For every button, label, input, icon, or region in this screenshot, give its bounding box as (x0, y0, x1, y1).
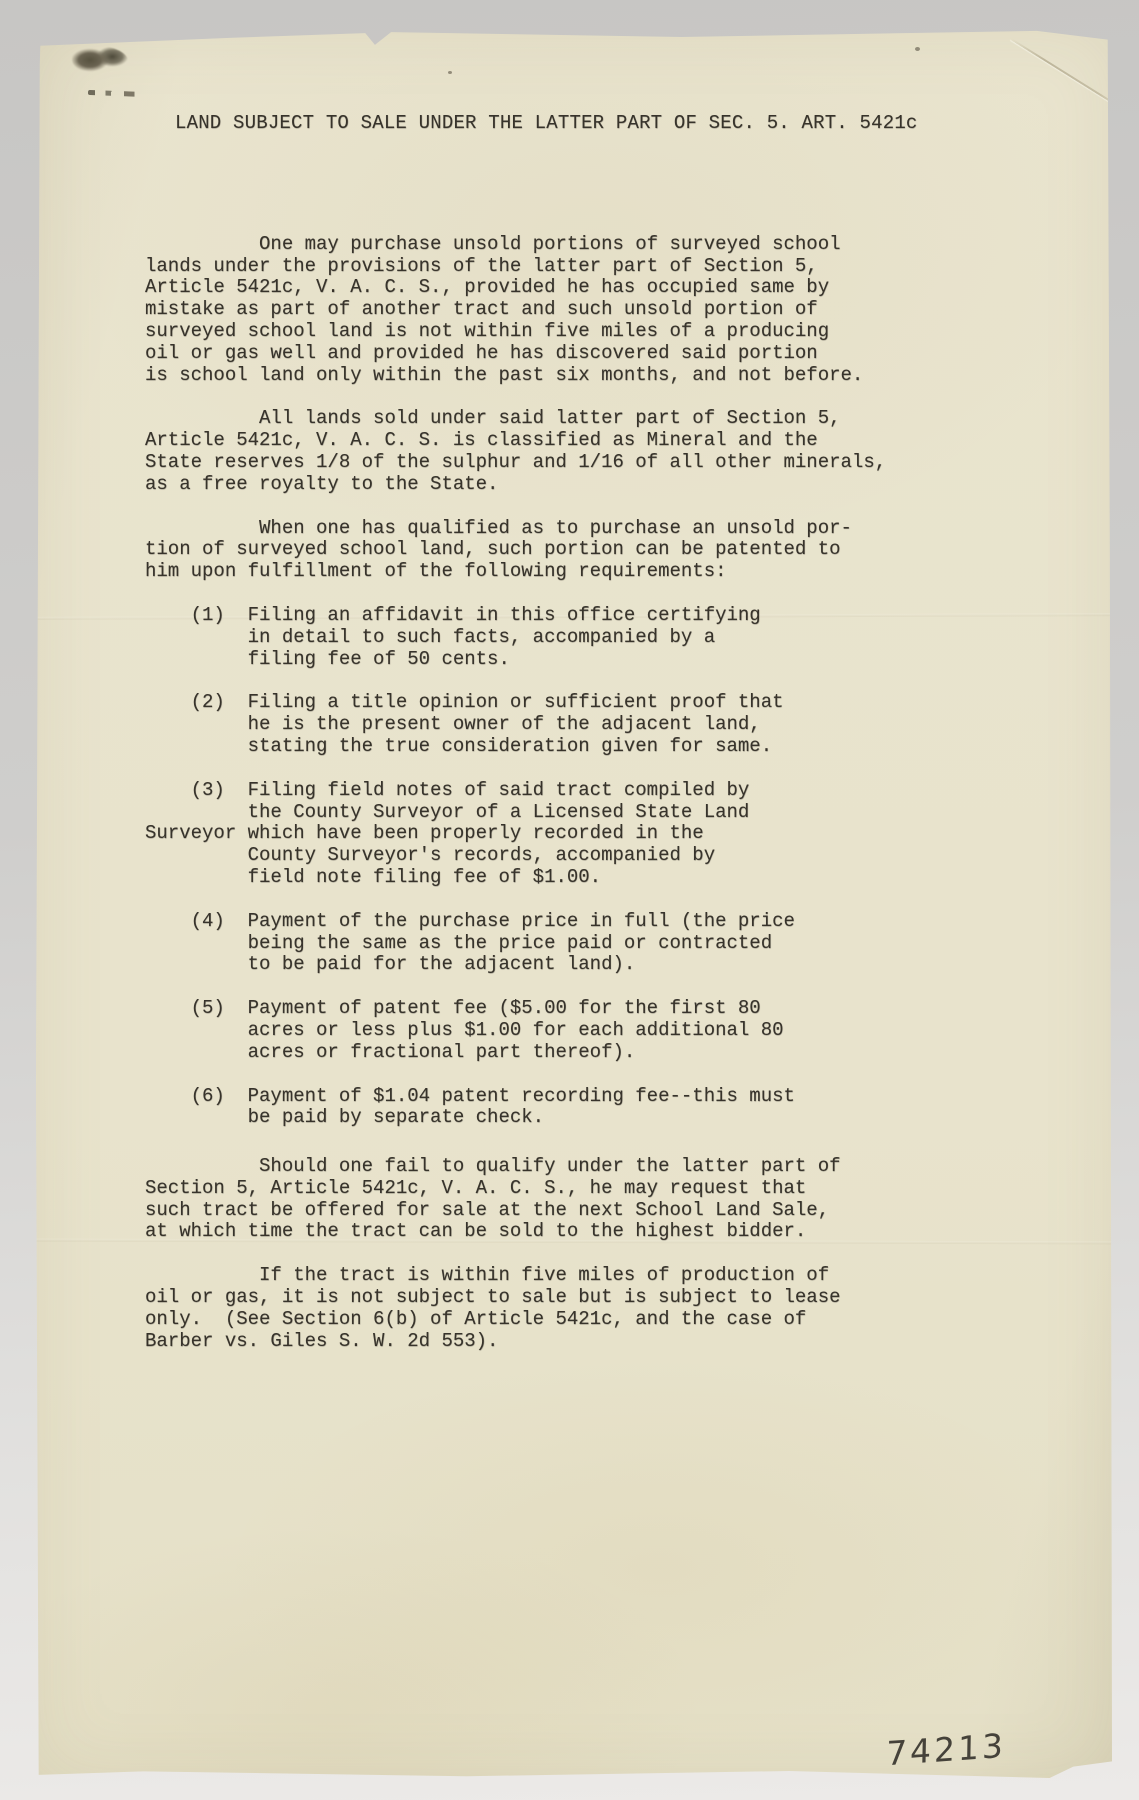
handwritten-number: 74213 (886, 1726, 1006, 1774)
paragraph-mineral-classification: All lands sold under said latter part of… (145, 408, 1025, 495)
typewritten-text: LAND SUBJECT TO SALE UNDER THE LATTER PA… (145, 113, 1025, 1374)
requirement-item-3: (3) Filing field notes of said tract com… (145, 780, 1025, 889)
requirement-item-5: (5) Payment of patent fee ($5.00 for the… (145, 998, 1025, 1063)
corner-crease (1010, 38, 1121, 109)
ink-smudge-marks (88, 90, 146, 97)
requirement-item-4: (4) Payment of the purchase price in ful… (145, 911, 1025, 976)
requirement-item-2: (2) Filing a title opinion or sufficient… (145, 692, 1025, 757)
paragraph-lease-only: If the tract is within five miles of pro… (145, 1265, 1025, 1352)
paragraph-purchase-provisions: One may purchase unsold portions of surv… (145, 234, 1025, 387)
paper-speck (448, 71, 452, 74)
paper-sheet: LAND SUBJECT TO SALE UNDER THE LATTER PA… (36, 30, 1112, 1778)
paragraph-requirements-intro: When one has qualified as to purchase an… (145, 518, 1025, 583)
ink-smudge (72, 46, 128, 74)
requirement-item-6: (6) Payment of $1.04 patent recording fe… (145, 1086, 1025, 1130)
paragraph-fail-to-qualify: Should one fail to qualify under the lat… (145, 1156, 1025, 1243)
document-title: LAND SUBJECT TO SALE UNDER THE LATTER PA… (175, 113, 1025, 135)
requirement-item-1: (1) Filing an affidavit in this office c… (145, 605, 1025, 670)
paper-speck (915, 47, 920, 51)
photo-backdrop: LAND SUBJECT TO SALE UNDER THE LATTER PA… (0, 0, 1139, 1800)
